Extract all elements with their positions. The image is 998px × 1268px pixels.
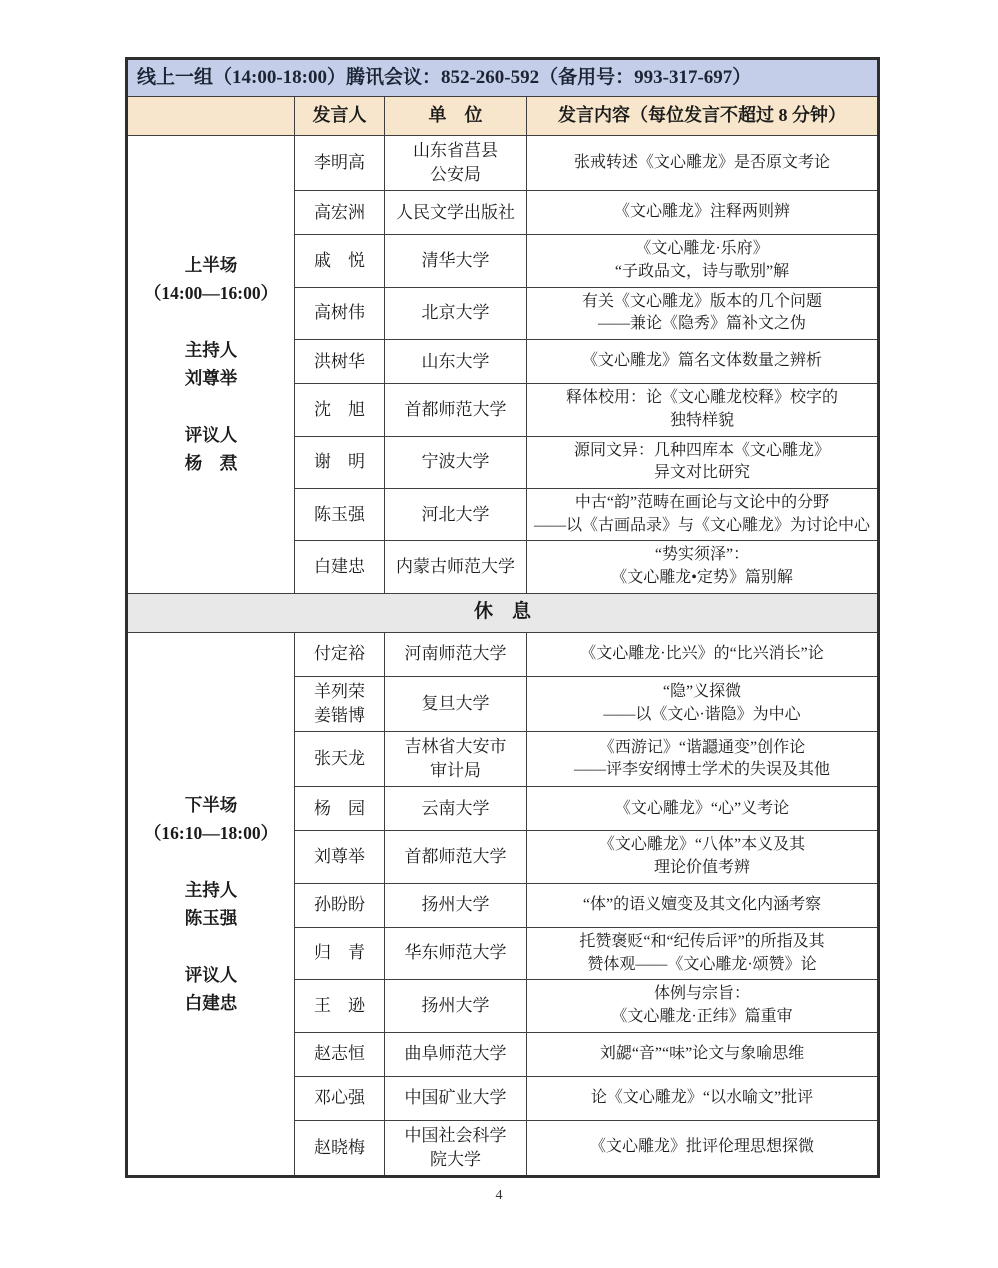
content-cell: 有关《文心雕龙》版本的几个问题 ——兼论《隐秀》篇补文之伪: [527, 287, 879, 339]
unit-cell: 曲阜师范大学: [385, 1032, 527, 1076]
speaker-cell: 付定裕: [295, 632, 385, 676]
content-cell: 《文心雕龙》注释两则辨: [527, 191, 879, 235]
page-number: 4: [0, 1188, 998, 1204]
content-cell: 《文心雕龙》“八体”本义及其 理论价值考辨: [527, 831, 879, 883]
speaker-cell: 邓心强: [295, 1076, 385, 1120]
unit-cell: 河北大学: [385, 489, 527, 541]
speaker-cell: 赵晓梅: [295, 1120, 385, 1176]
table-row: 上半场 （14:00—16:00） 主持人 刘尊举 评议人 杨 焄 李明高 山东…: [127, 136, 879, 191]
group-title-row: 线上一组（14:00-18:00）腾讯会议：852-260-592（备用号：99…: [127, 59, 879, 97]
content-cell: 论《文心雕龙》“以水喻文”批评: [527, 1076, 879, 1120]
unit-cell: 吉林省大安市 审计局: [385, 732, 527, 787]
table-row: 下半场 （16:10—18:00） 主持人 陈玉强 评议人 白建忠 付定裕 河南…: [127, 632, 879, 676]
content-cell: 《文心雕龙》批评伦理思想探微: [527, 1120, 879, 1176]
break-row: 休 息: [127, 593, 879, 632]
unit-cell: 北京大学: [385, 287, 527, 339]
header-speaker: 发言人: [295, 97, 385, 136]
content-cell: 《文心雕龙》“心”义考论: [527, 787, 879, 831]
unit-cell: 首都师范大学: [385, 831, 527, 883]
speaker-cell: 孙盼盼: [295, 883, 385, 927]
content-cell: 《文心雕龙·比兴》的“比兴消长”论: [527, 632, 879, 676]
content-cell: “隐”义探微 ——以《文心·谐隐》为中心: [527, 676, 879, 731]
unit-cell: 云南大学: [385, 787, 527, 831]
content-cell: “体”的语义嬗变及其文化内涵考察: [527, 883, 879, 927]
content-cell: 《文心雕龙》篇名文体数量之辨析: [527, 340, 879, 384]
speaker-cell: 陈玉强: [295, 489, 385, 541]
unit-cell: 内蒙古师范大学: [385, 541, 527, 593]
speaker-cell: 张天龙: [295, 732, 385, 787]
header-session-blank: [127, 97, 295, 136]
unit-cell: 中国矿业大学: [385, 1076, 527, 1120]
speaker-cell: 沈 旭: [295, 384, 385, 436]
content-cell: “势实须泽”： 《文心雕龙•定势》篇别解: [527, 541, 879, 593]
unit-cell: 复旦大学: [385, 676, 527, 731]
unit-cell: 人民文学出版社: [385, 191, 527, 235]
group-title: 线上一组（14:00-18:00）腾讯会议：852-260-592（备用号：99…: [127, 59, 879, 97]
session-label-second-half: 下半场 （16:10—18:00） 主持人 陈玉强 评议人 白建忠: [127, 632, 295, 1176]
unit-cell: 山东大学: [385, 340, 527, 384]
speaker-cell: 杨 园: [295, 787, 385, 831]
speaker-cell: 谢 明: [295, 436, 385, 488]
content-cell: 托赞褒贬“和“纪传后评”的所指及其 赞体观——《文心雕龙·颂赞》论: [527, 927, 879, 979]
content-cell: 《西游记》“谐讔通变”创作论 ——评李安纲博士学术的失误及其他: [527, 732, 879, 787]
speaker-cell: 戚 悦: [295, 235, 385, 287]
speaker-cell: 刘尊举: [295, 831, 385, 883]
content-cell: 源同文异：几种四库本《文心雕龙》 异文对比研究: [527, 436, 879, 488]
speaker-cell: 赵志恒: [295, 1032, 385, 1076]
unit-cell: 首都师范大学: [385, 384, 527, 436]
content-cell: 《文心雕龙·乐府》 “子政品文，诗与歌别”解: [527, 235, 879, 287]
unit-cell: 扬州大学: [385, 883, 527, 927]
unit-cell: 宁波大学: [385, 436, 527, 488]
unit-cell: 山东省莒县 公安局: [385, 136, 527, 191]
content-cell: 释体校用：论《文心雕龙校释》校字的 独特样貌: [527, 384, 879, 436]
unit-cell: 扬州大学: [385, 980, 527, 1032]
column-header-row: 发言人 单 位 发言内容（每位发言不超过 8 分钟）: [127, 97, 879, 136]
speaker-cell: 高宏洲: [295, 191, 385, 235]
unit-cell: 河南师范大学: [385, 632, 527, 676]
content-cell: 中古“韵”范畴在画论与文论中的分野 ——以《古画品录》与《文心雕龙》为讨论中心: [527, 489, 879, 541]
speaker-cell: 王 逊: [295, 980, 385, 1032]
break-label: 休 息: [127, 593, 879, 632]
speaker-cell: 羊列荣 姜锴博: [295, 676, 385, 731]
schedule-table: 线上一组（14:00-18:00）腾讯会议：852-260-592（备用号：99…: [125, 57, 880, 1178]
unit-cell: 中国社会科学 院大学: [385, 1120, 527, 1176]
conference-program-page: 线上一组（14:00-18:00）腾讯会议：852-260-592（备用号：99…: [125, 57, 877, 1178]
unit-cell: 华东师范大学: [385, 927, 527, 979]
header-unit: 单 位: [385, 97, 527, 136]
speaker-cell: 洪树华: [295, 340, 385, 384]
unit-cell: 清华大学: [385, 235, 527, 287]
content-cell: 体例与宗旨： 《文心雕龙·正纬》篇重审: [527, 980, 879, 1032]
speaker-cell: 高树伟: [295, 287, 385, 339]
content-cell: 张戒转述《文心雕龙》是否原文考论: [527, 136, 879, 191]
speaker-cell: 归 青: [295, 927, 385, 979]
speaker-cell: 白建忠: [295, 541, 385, 593]
session-label-first-half: 上半场 （14:00—16:00） 主持人 刘尊举 评议人 杨 焄: [127, 136, 295, 594]
speaker-cell: 李明高: [295, 136, 385, 191]
content-cell: 刘勰“音”“味”论文与象喻思维: [527, 1032, 879, 1076]
header-content: 发言内容（每位发言不超过 8 分钟）: [527, 97, 879, 136]
